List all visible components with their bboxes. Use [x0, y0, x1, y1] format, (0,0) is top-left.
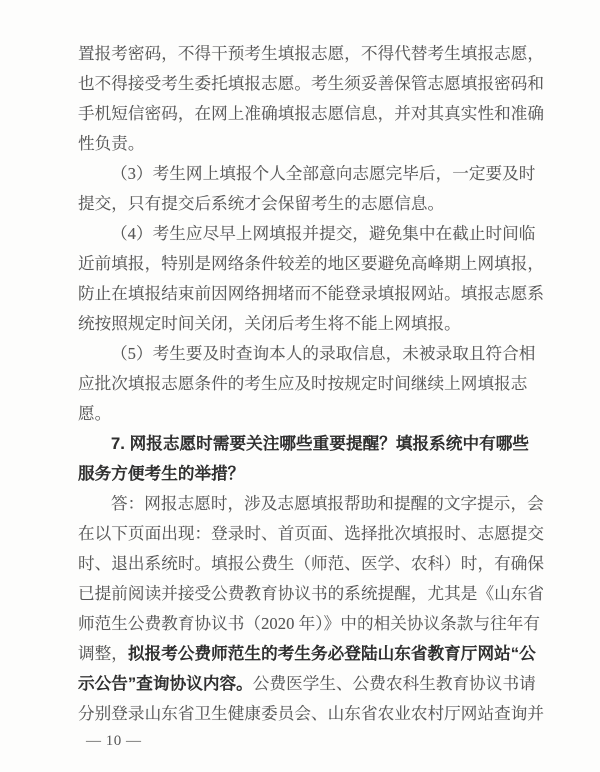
- text-segment: 已提前阅读并接受公费教育协议书的系统提醒，尤其是《山东省: [78, 584, 544, 603]
- document-page: 置报考密码，不得干预考生填报志愿，不得代替考生填报志愿，也不得接受考生委托填报志…: [0, 0, 600, 772]
- text-segment: 公费医学生、公费农科生教育协议书请: [253, 674, 536, 693]
- text-line: 分别登录山东省卫生健康委员会、山东省农业农村厅网站查询并: [78, 699, 560, 729]
- bold-text-segment: 7. 网报志愿时需要关注哪些重要提醒？填报系统中有哪些: [111, 434, 529, 453]
- text-line: 7. 网报志愿时需要关注哪些重要提醒？填报系统中有哪些: [78, 429, 560, 459]
- text-segment: 应批次填报志愿条件的考生应及时按规定时间继续上网填报志: [78, 374, 527, 393]
- text-segment: 也不得接受考生委托填报志愿。考生须妥善保管志愿填报密码和: [78, 74, 544, 93]
- page-number: — 10 —: [86, 731, 142, 751]
- text-segment: 置报考密码，不得干预考生填报志愿，不得代替考生填报志愿，: [78, 44, 544, 63]
- text-line: 服务方便考生的举措？: [78, 459, 560, 489]
- text-line: 愿。: [78, 399, 560, 429]
- text-line: 置报考密码，不得干预考生填报志愿，不得代替考生填报志愿，: [78, 39, 560, 69]
- text-segment: 在以下页面出现：登录时、首页面、选择批次填报时、志愿提交: [78, 524, 544, 543]
- text-segment: 分别登录山东省卫生健康委员会、山东省农业农村厅网站查询并: [78, 704, 544, 723]
- text-line: （4）考生应尽早上网填报并提交，避免集中在截止时间临: [78, 219, 560, 249]
- text-line: 也不得接受考生委托填报志愿。考生须妥善保管志愿填报密码和: [78, 69, 560, 99]
- text-line: （3）考生网上填报个人全部意向志愿完毕后，一定要及时: [78, 159, 560, 189]
- bold-text-segment: 拟报考公费师范生的考生务必登陆山东省教育厅网站“公: [128, 644, 536, 663]
- bold-text-segment: 服务方便考生的举措？: [78, 464, 244, 483]
- text-line: 统按照规定时间关闭，关闭后考生将不能上网填报。: [78, 309, 560, 339]
- text-line: 在以下页面出现：登录时、首页面、选择批次填报时、志愿提交: [78, 519, 560, 549]
- text-segment: （3）考生网上填报个人全部意向志愿完毕后，一定要及时: [111, 164, 535, 183]
- document-body: 置报考密码，不得干预考生填报志愿，不得代替考生填报志愿，也不得接受考生委托填报志…: [78, 39, 560, 729]
- text-line: （5）考生要及时查询本人的录取信息，未被录取且符合相: [78, 339, 560, 369]
- text-line: 答：网报志愿时，涉及志愿填报帮助和提醒的文字提示，会: [78, 489, 560, 519]
- text-line: 性负责。: [78, 129, 560, 159]
- text-segment: 手机短信密码，在网上准确填报志愿信息，并对其真实性和准确: [78, 104, 544, 123]
- text-segment: 性负责。: [78, 134, 145, 153]
- text-line: 提交，只有提交后系统才会保留考生的志愿信息。: [78, 189, 560, 219]
- text-segment: 提交，只有提交后系统才会保留考生的志愿信息。: [78, 194, 444, 213]
- text-segment: 近前填报，特别是网络条件较差的地区要避免高峰期上网填报，: [78, 254, 544, 273]
- text-line: 示公告”查询协议内容。公费医学生、公费农科生教育协议书请: [78, 669, 560, 699]
- text-line: 防止在填报结束前因网络拥堵而不能登录填报网站。填报志愿系: [78, 279, 560, 309]
- text-segment: 师范生公费教育协议书（2020 年）》中的相关协议条款与往年有: [78, 614, 540, 633]
- text-segment: 答：网报志愿时，涉及志愿填报帮助和提醒的文字提示，会: [111, 494, 544, 513]
- text-line: 时、退出系统时。填报公费生（师范、医学、农科）时，有确保: [78, 549, 560, 579]
- text-line: 已提前阅读并接受公费教育协议书的系统提醒，尤其是《山东省: [78, 579, 560, 609]
- text-line: 师范生公费教育协议书（2020 年）》中的相关协议条款与往年有: [78, 609, 560, 639]
- text-line: 手机短信密码，在网上准确填报志愿信息，并对其真实性和准确: [78, 99, 560, 129]
- text-line: 近前填报，特别是网络条件较差的地区要避免高峰期上网填报，: [78, 249, 560, 279]
- text-segment: 统按照规定时间关闭，关闭后考生将不能上网填报。: [78, 314, 461, 333]
- text-segment: （5）考生要及时查询本人的录取信息，未被录取且符合相: [111, 344, 535, 363]
- text-segment: 防止在填报结束前因网络拥堵而不能登录填报网站。填报志愿系: [78, 284, 544, 303]
- text-segment: 时、退出系统时。填报公费生（师范、医学、农科）时，有确保: [78, 554, 544, 573]
- bold-text-segment: 示公告”查询协议内容。: [78, 674, 253, 693]
- text-line: 应批次填报志愿条件的考生应及时按规定时间继续上网填报志: [78, 369, 560, 399]
- text-segment: 调整，: [78, 644, 128, 663]
- text-segment: （4）考生应尽早上网填报并提交，避免集中在截止时间临: [111, 224, 535, 243]
- text-line: 调整，拟报考公费师范生的考生务必登陆山东省教育厅网站“公: [78, 639, 560, 669]
- text-segment: 愿。: [78, 404, 111, 423]
